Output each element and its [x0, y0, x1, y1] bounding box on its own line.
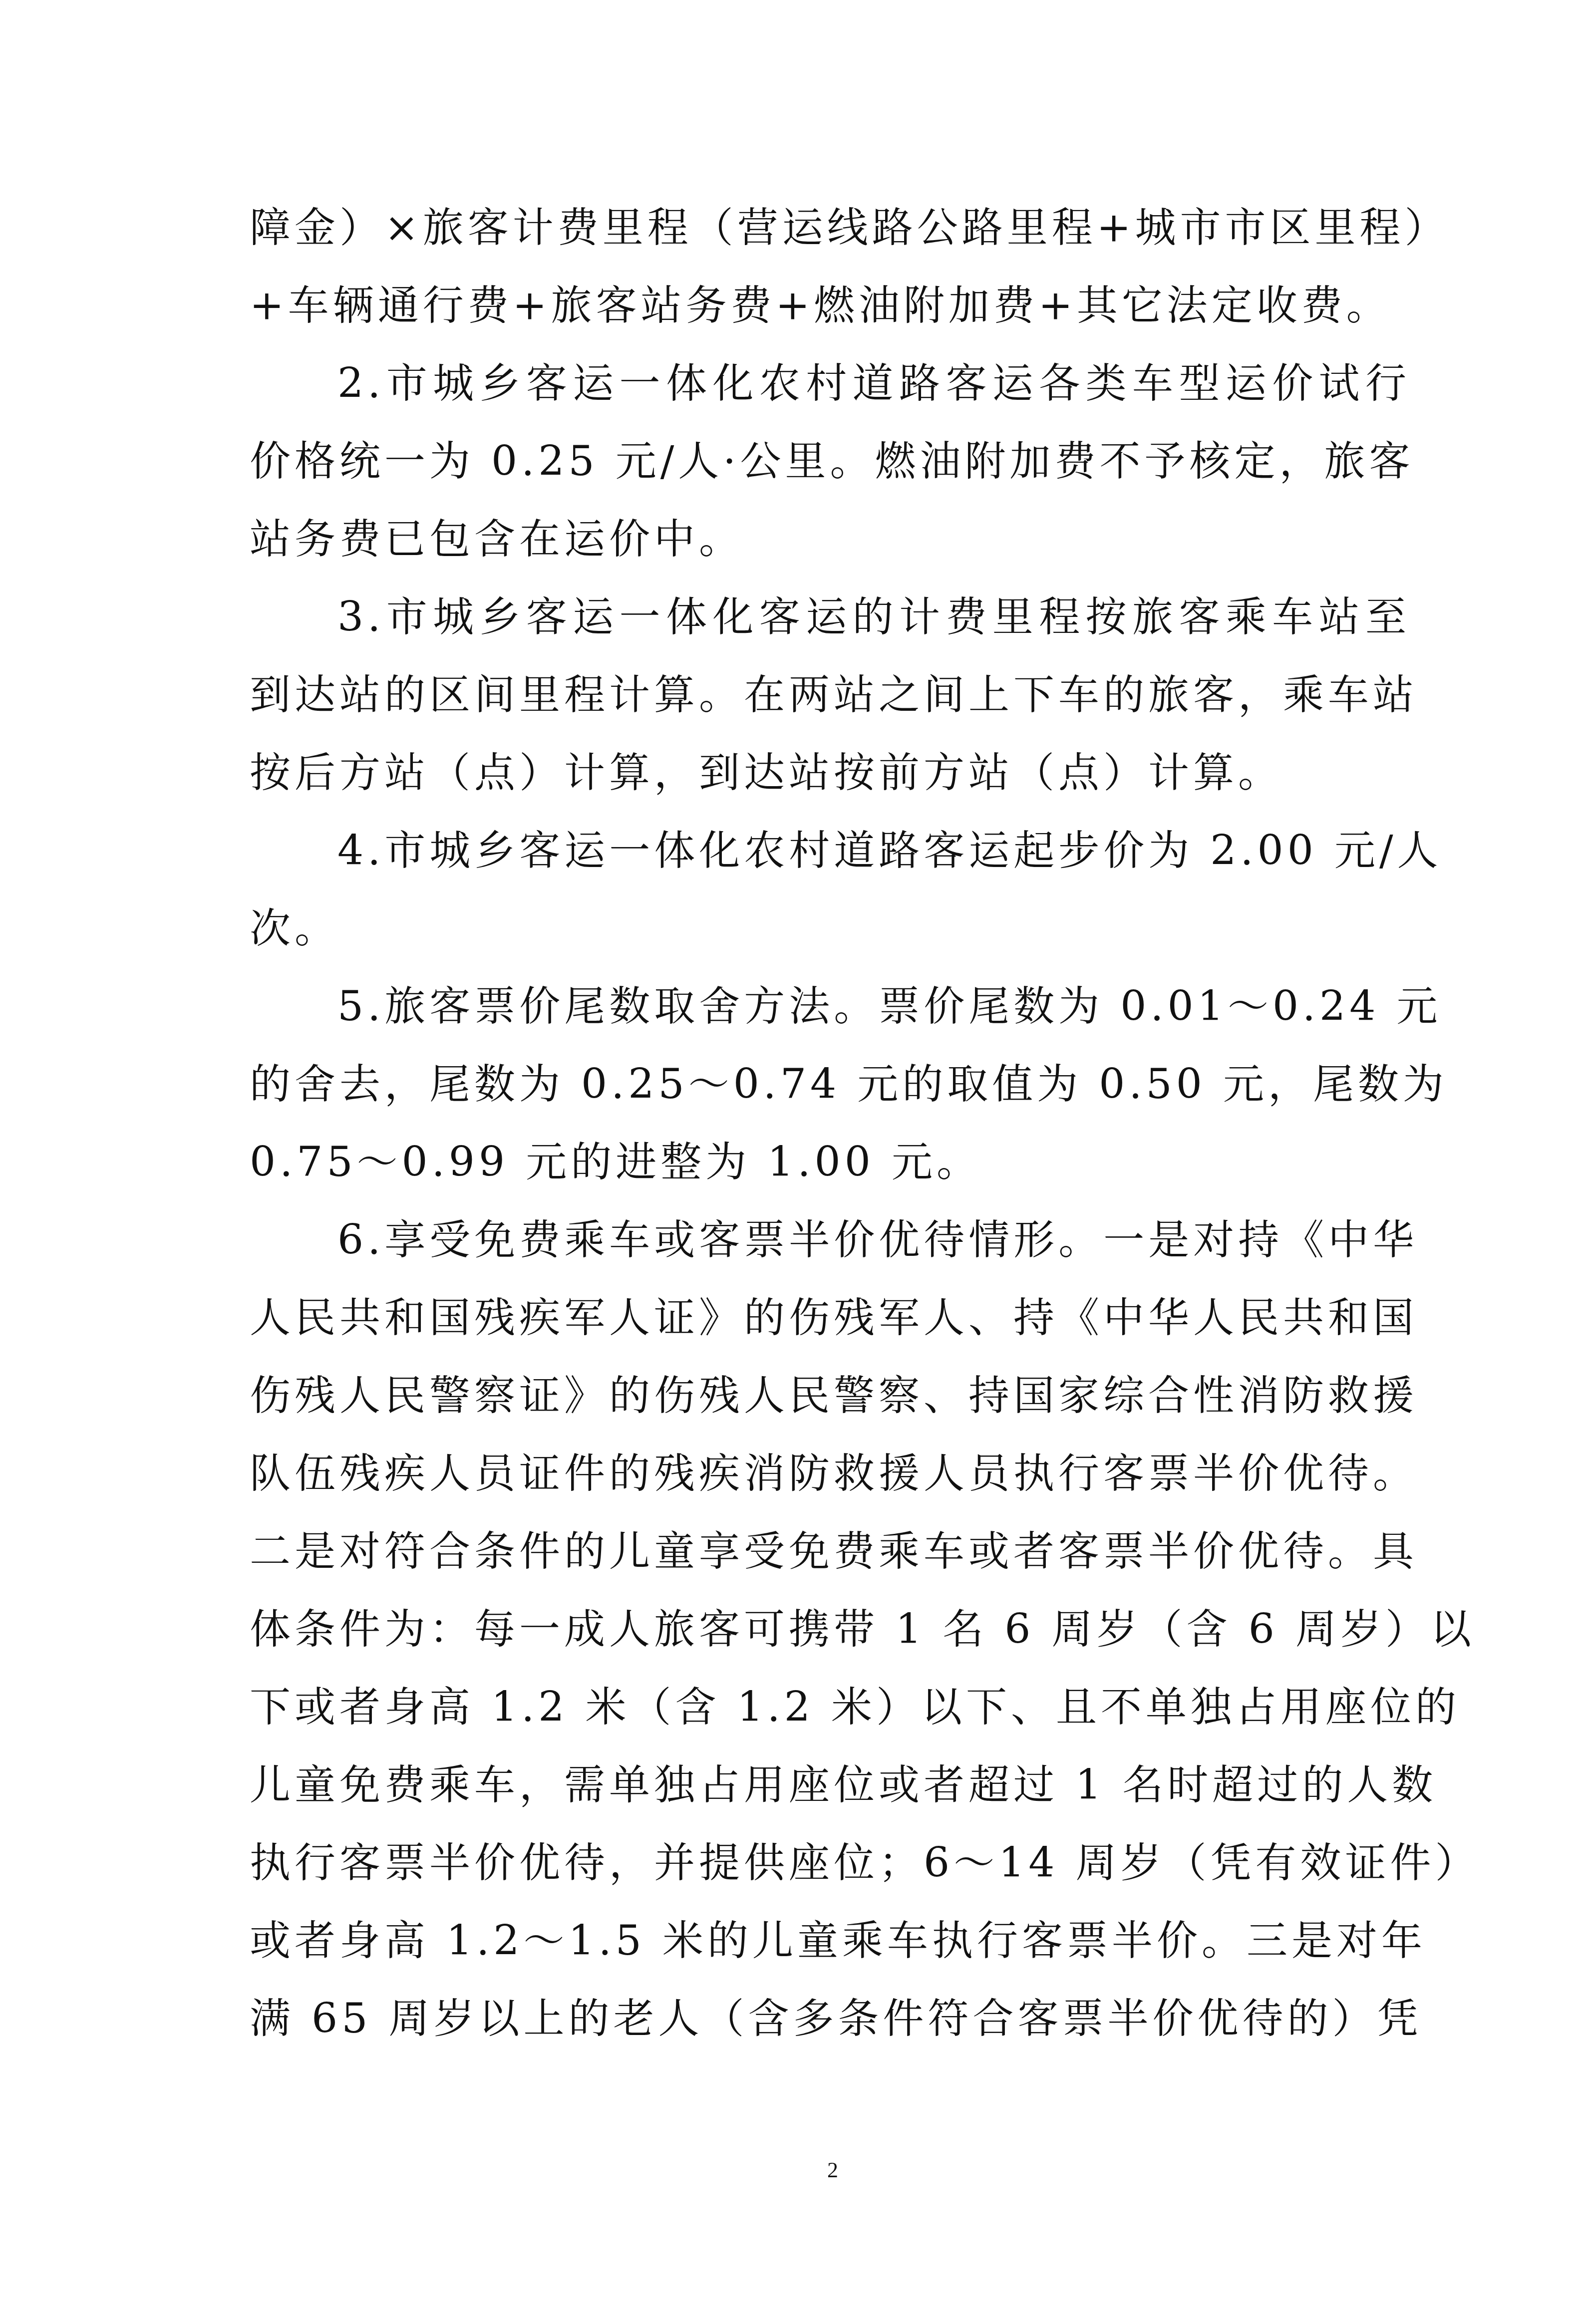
text-line: 价格统一为 0.25 元/人·公里。燃油附加费不予核定，旅客 — [250, 423, 1410, 501]
text-line: 或者身高 1.2～1.5 米的儿童乘车执行客票半价。三是对年 — [250, 1902, 1410, 1980]
text-line: 执行客票半价优待，并提供座位；6～14 周岁（凭有效证件） — [250, 1824, 1410, 1902]
paragraph-3-first-line: 3.市城乡客运一体化客运的计费里程按旅客乘车站至 — [250, 579, 1410, 656]
page-number: 2 — [808, 2155, 858, 2185]
text-line: 队伍残疾人员证件的残疾消防救援人员执行客票半价优待。 — [250, 1435, 1410, 1513]
text-line: 到达站的区间里程计算。在两站之间上下车的旅客，乘车站 — [250, 656, 1410, 734]
text-line: 伤残人民警察证》的伤残人民警察、持国家综合性消防救援 — [250, 1357, 1410, 1435]
document-page: 障金）×旅客计费里程（营运线路公路里程+城市市区里程） +车辆通行费+旅客站务费… — [0, 0, 1584, 2324]
text-line: 体条件为：每一成人旅客可携带 1 名 6 周岁（含 6 周岁）以 — [250, 1591, 1410, 1669]
body-text: 障金）×旅客计费里程（营运线路公路里程+城市市区里程） +车辆通行费+旅客站务费… — [250, 189, 1410, 2058]
text-line: 障金）×旅客计费里程（营运线路公路里程+城市市区里程） — [250, 189, 1410, 267]
paragraph-6-first-line: 6.享受免费乘车或客票半价优待情形。一是对持《中华 — [250, 1201, 1410, 1279]
text-line: 二是对符合条件的儿童享受免费乘车或者客票半价优待。具 — [250, 1513, 1410, 1591]
paragraph-4-first-line: 4.市城乡客运一体化农村道路客运起步价为 2.00 元/人 — [250, 812, 1410, 890]
paragraph-2-first-line: 2.市城乡客运一体化农村道路客运各类车型运价试行 — [250, 345, 1410, 423]
text-line: 0.75～0.99 元的进整为 1.00 元。 — [250, 1124, 1410, 1201]
text-line: 次。 — [250, 890, 1410, 968]
text-line: 满 65 周岁以上的老人（含多条件符合客票半价优待的）凭 — [250, 1980, 1410, 2058]
text-line: 按后方站（点）计算，到达站按前方站（点）计算。 — [250, 734, 1410, 812]
paragraph-5-first-line: 5.旅客票价尾数取舍方法。票价尾数为 0.01～0.24 元 — [250, 968, 1410, 1046]
text-line: 站务费已包含在运价中。 — [250, 501, 1410, 579]
text-line: 的舍去，尾数为 0.25～0.74 元的取值为 0.50 元，尾数为 — [250, 1046, 1410, 1124]
text-line: +车辆通行费+旅客站务费+燃油附加费+其它法定收费。 — [250, 267, 1410, 345]
text-line: 儿童免费乘车，需单独占用座位或者超过 1 名时超过的人数 — [250, 1746, 1410, 1824]
text-line: 人民共和国残疾军人证》的伤残军人、持《中华人民共和国 — [250, 1279, 1410, 1357]
text-line: 下或者身高 1.2 米（含 1.2 米）以下、且不单独占用座位的 — [250, 1669, 1410, 1746]
